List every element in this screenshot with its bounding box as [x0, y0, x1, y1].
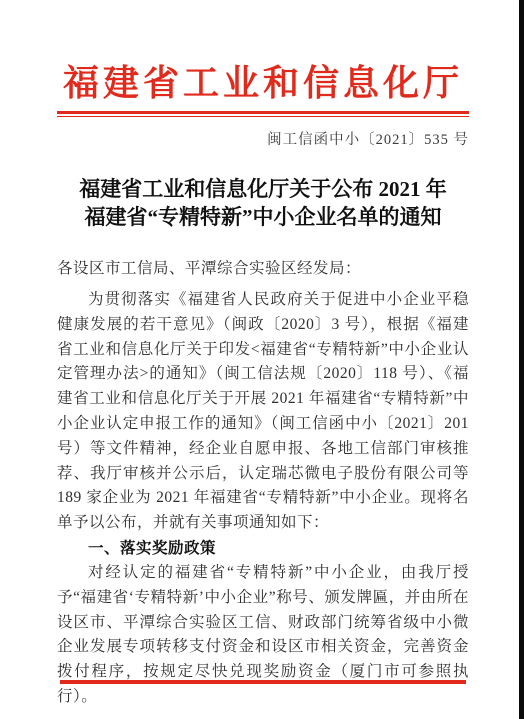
document-title: 福建省工业和信息化厅关于公布 2021 年福建省“专精特新”中小企业名单的通知 — [57, 175, 469, 231]
salutation-line: 各设区市工信局、平潭综合实验区经发局： — [57, 258, 469, 280]
letterhead-rule-thin — [57, 116, 469, 117]
document-title-line2: 福建省“专精特新”中小企业名单的通知 — [85, 205, 442, 229]
document-content: 福建省工业和信息化厅 闽工信函中小〔2021〕535 号 福建省工业和信息化厅关… — [57, 0, 469, 710]
document-number: 闽工信函中小〔2021〕535 号 — [57, 131, 469, 149]
section-1-paragraph: 对经认定的福建省“专精特新”中小企业，由我厅授予“福建省‘专精特新’中小企业”称… — [57, 561, 469, 710]
letterhead-rule-thick — [57, 111, 469, 114]
letterhead-agency-name: 福建省工业和信息化厅 — [57, 60, 469, 106]
body-paragraph-1: 为贯彻落实《福建省人民政府关于促进中小企业平稳健康发展的若干意见》（闽政〔202… — [57, 288, 469, 536]
right-edge-black-strip — [519, 0, 524, 719]
footer-red-rule — [60, 680, 466, 684]
document-page: 福建省工业和信息化厅 闽工信函中小〔2021〕535 号 福建省工业和信息化厅关… — [0, 0, 519, 719]
section-1-heading: 一、落实奖励政策 — [57, 536, 469, 561]
document-title-line1: 福建省工业和信息化厅关于公布 2021 年 — [79, 177, 447, 201]
